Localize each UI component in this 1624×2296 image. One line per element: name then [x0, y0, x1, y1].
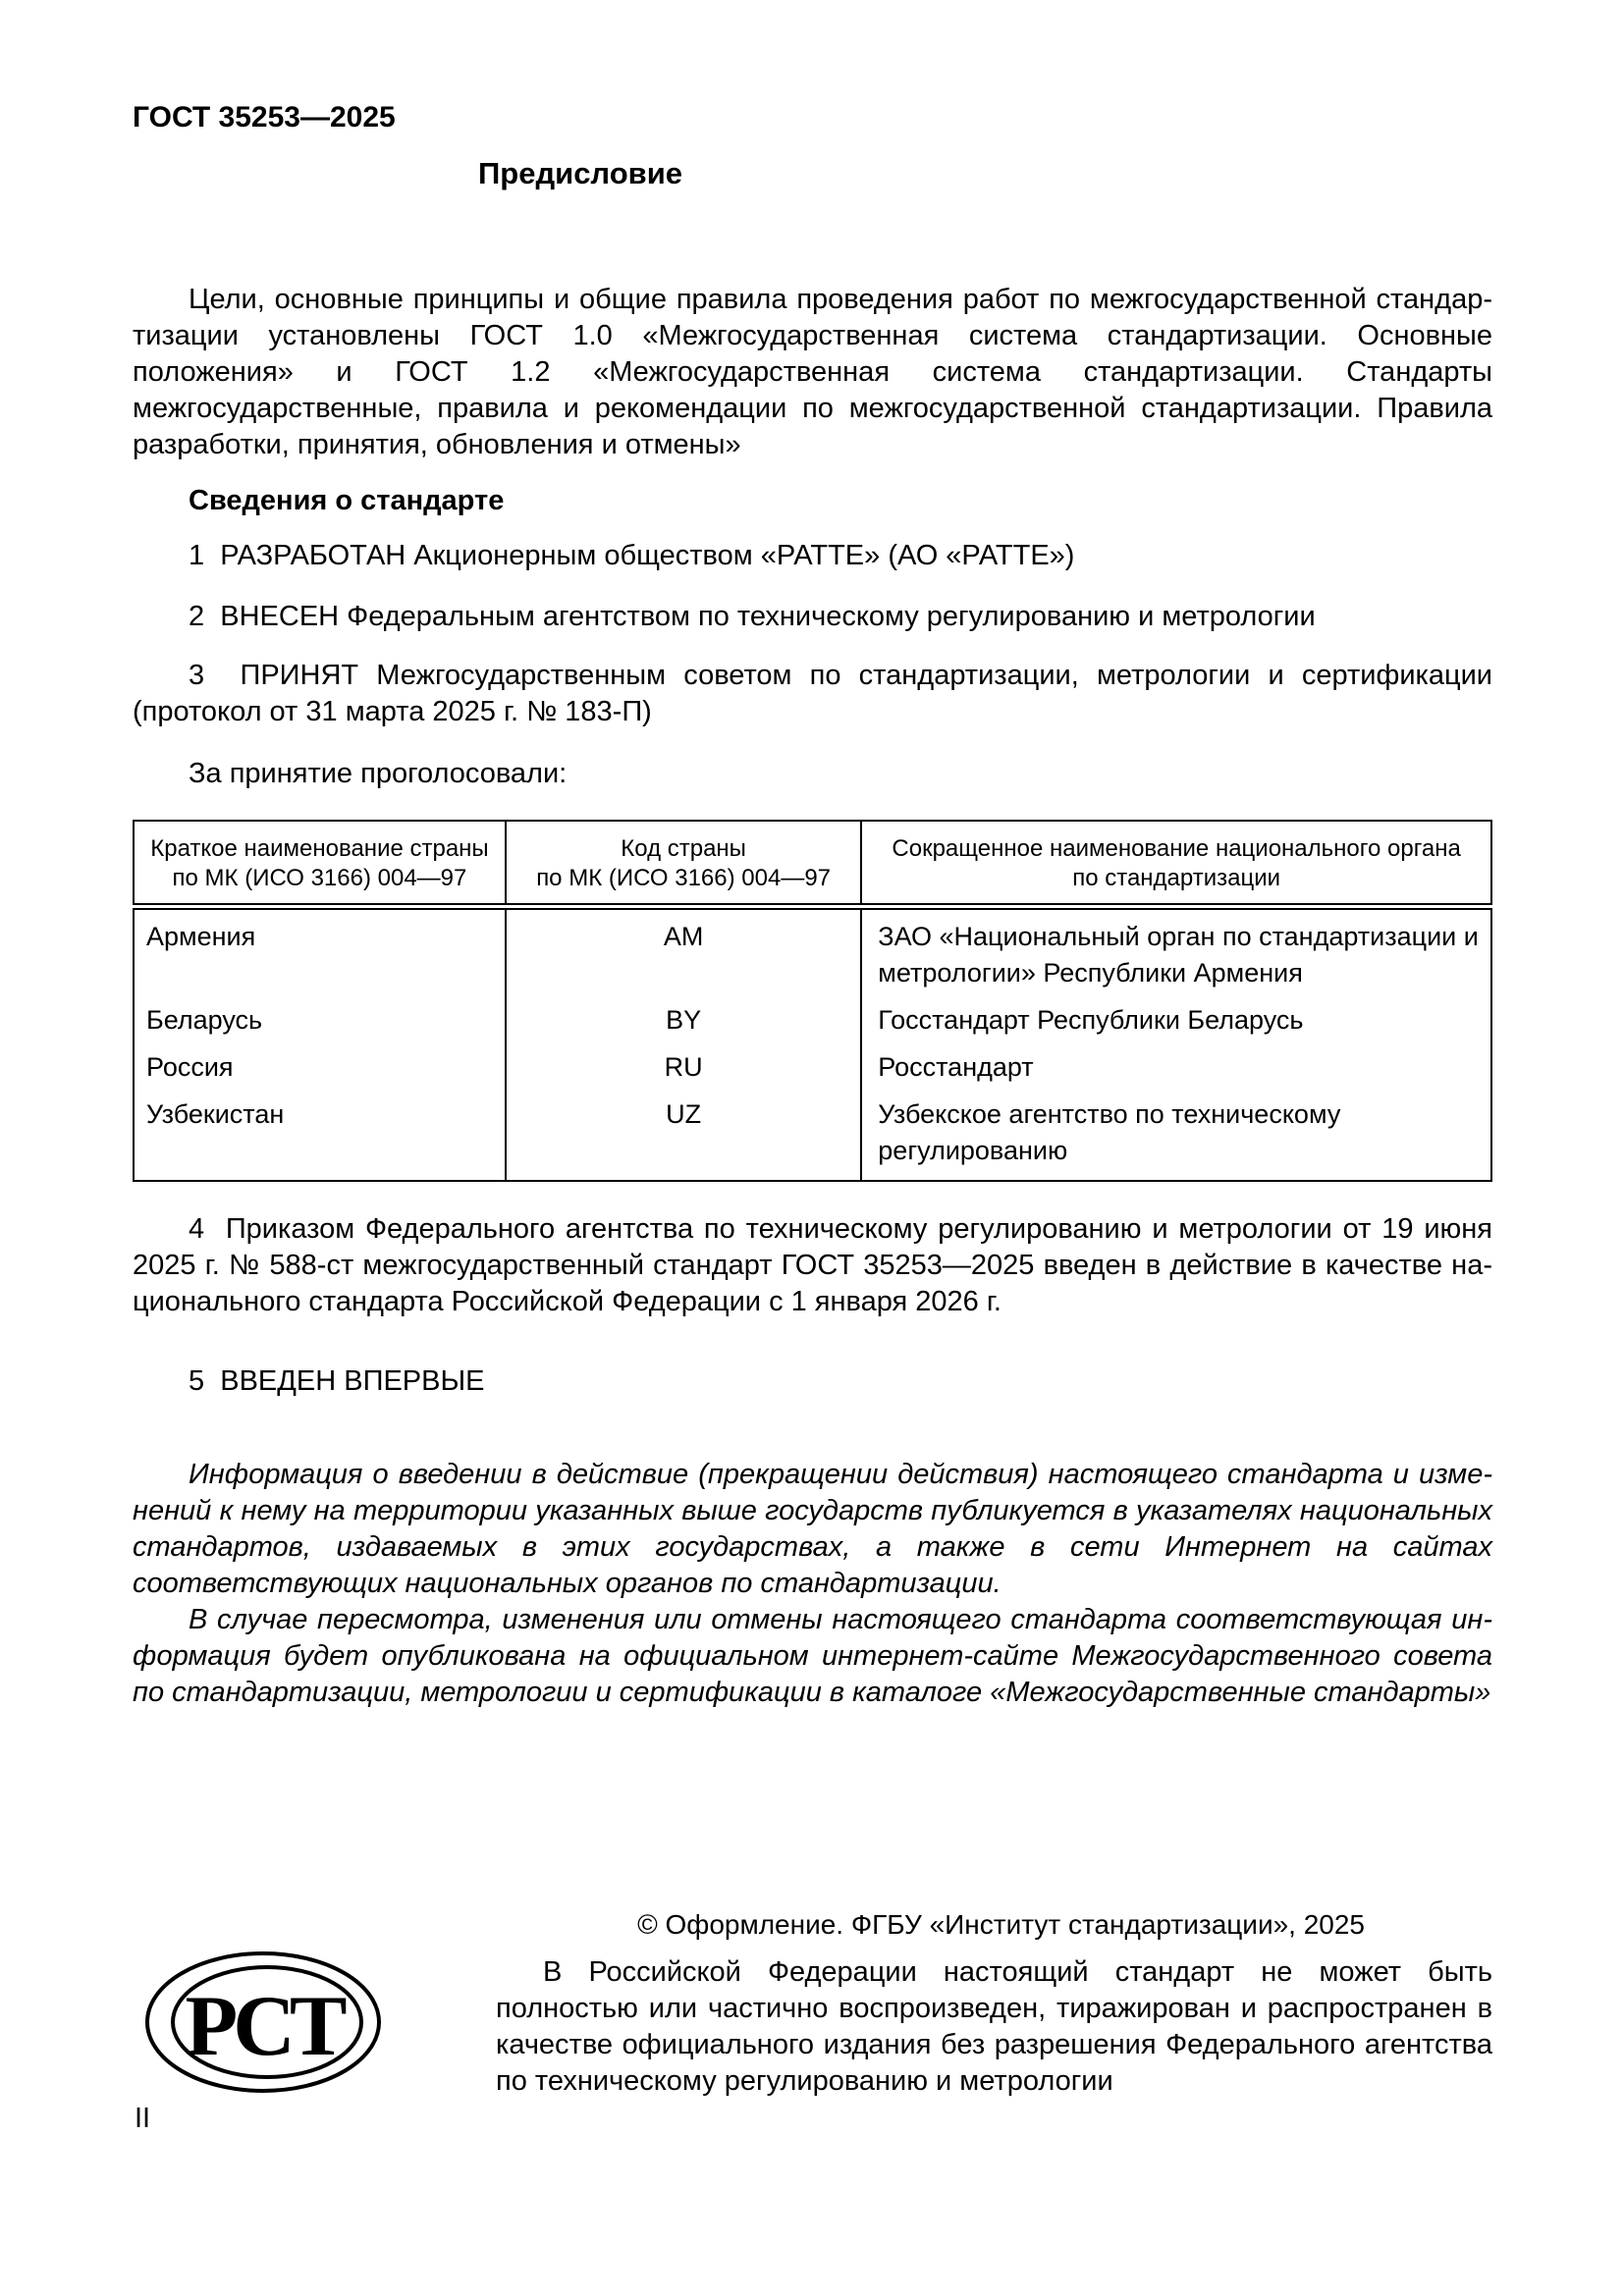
copyright-line: © Оформление. ФГБУ «Институт стандартиза… [637, 1907, 1365, 1943]
document-page: ГОСТ 35253—2025 Предисловие Цели, основн… [0, 0, 1624, 2296]
table-header-code: Код страны по МК (ИСО 3166) 004—97 [506, 821, 861, 907]
table-cell-country: Армения [134, 907, 506, 992]
doc-code: ГОСТ 35253—2025 [133, 0, 1492, 134]
table-cell-code: UZ [506, 1086, 861, 1181]
restriction-block: РСТ В Российской Федерации настоящий ста… [133, 1949, 1492, 2101]
page-number: II [135, 2101, 150, 2136]
rst-logo-text: РСТ [185, 1979, 346, 2074]
page-title: Предисловие [478, 156, 682, 191]
standard-item-5: 5 ВВЕДЕН ВПЕРВЫЕ [133, 1363, 1492, 1400]
table-cell-org: Узбекское агентство по техническому регу… [861, 1086, 1491, 1181]
standard-item-4: 4 Приказом Федерального агентства по тех… [133, 1211, 1492, 1320]
table-header-org: Сокращенное наименование национального о… [861, 821, 1491, 907]
table-cell-org: Росстандарт [861, 1039, 1491, 1086]
table-header-country: Краткое наименование страны по МК (ИСО 3… [134, 821, 506, 907]
table-cell-country: Узбекистан [134, 1086, 506, 1181]
table-cell-org: ЗАО «Национальный орган по стандартизаци… [861, 907, 1491, 992]
table-row: Армения AM ЗАО «Национальный орган по ст… [134, 907, 1491, 992]
vote-lead: За принятие проголосовали: [133, 756, 1492, 792]
table-row: Россия RU Росстандарт [134, 1039, 1491, 1086]
publication-notes: Информация о введении в действие (прекра… [133, 1457, 1492, 1711]
note-paragraph-2: В случае пересмотра, изменения или отмен… [133, 1602, 1492, 1711]
table-header-row: Краткое наименование страны по МК (ИСО 3… [134, 821, 1491, 907]
table-cell-org: Госстандарт Республики Беларусь [861, 991, 1491, 1039]
standard-item-2: 2 ВНЕСЕН Федеральным агентством по техни… [133, 599, 1492, 635]
table-cell-country: Россия [134, 1039, 506, 1086]
intro-paragraph: Цели, основные принципы и общие правила … [133, 282, 1492, 463]
standard-item-1: 1 РАЗРАБОТАН Акционерным обществом «РАТТ… [133, 538, 1492, 574]
note-paragraph-1: Информация о введении в действие (прекра… [133, 1457, 1492, 1602]
table-row: Узбекистан UZ Узбекское агентство по тех… [134, 1086, 1491, 1181]
restriction-text: В Российской Федерации настоящий стандар… [496, 1954, 1492, 2100]
table-cell-code: BY [506, 991, 861, 1039]
table-row: Беларусь BY Госстандарт Республики Белар… [134, 991, 1491, 1039]
rst-logo-icon: РСТ [140, 1949, 386, 2101]
table-cell-code: RU [506, 1039, 861, 1086]
table-cell-country: Беларусь [134, 991, 506, 1039]
standard-item-3: 3 ПРИНЯТ Межгосударственным советом по с… [133, 658, 1492, 730]
table-cell-code: AM [506, 907, 861, 992]
vote-table: Краткое наименование страны по МК (ИСО 3… [133, 820, 1492, 1182]
info-heading: Сведения о стандарте [133, 483, 1492, 519]
